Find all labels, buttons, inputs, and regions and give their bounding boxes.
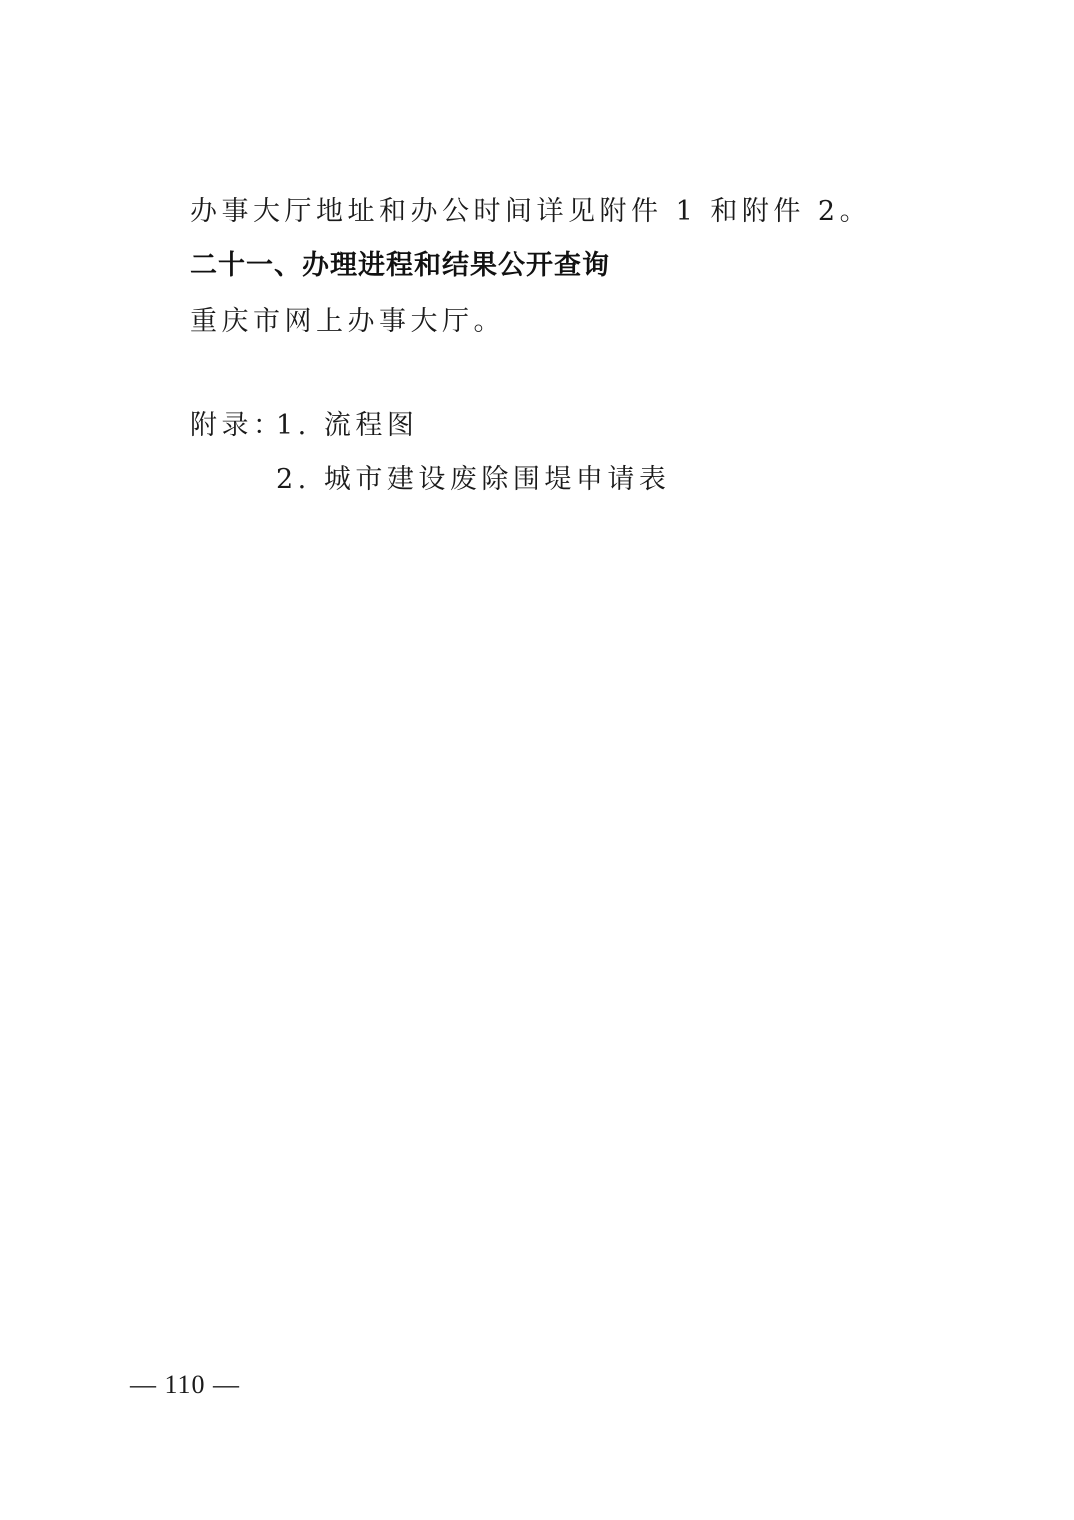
paragraph-section-21-body: 重庆市网上办事大厅。 xyxy=(190,306,505,338)
page-number: — 110 — xyxy=(130,1370,240,1400)
paragraph-hall-info: 办事大厅地址和办公时间详见附件 1 和附件 2。 xyxy=(190,196,871,228)
appendix-label: 附录： xyxy=(190,410,285,442)
appendix-item-number: 2. xyxy=(276,464,311,495)
appendix-item-title: 城市建设废除围堤申请表 xyxy=(324,464,671,495)
appendix-item-2: 2. 城市建设废除围堤申请表 xyxy=(276,464,670,496)
appendix-item-title: 流程图 xyxy=(324,410,419,441)
appendix-item-1: 1. 流程图 xyxy=(276,410,418,442)
section-heading-21: 二十一、办理进程和结果公开查询 xyxy=(190,250,610,282)
appendix-item-number: 1. xyxy=(276,410,311,441)
